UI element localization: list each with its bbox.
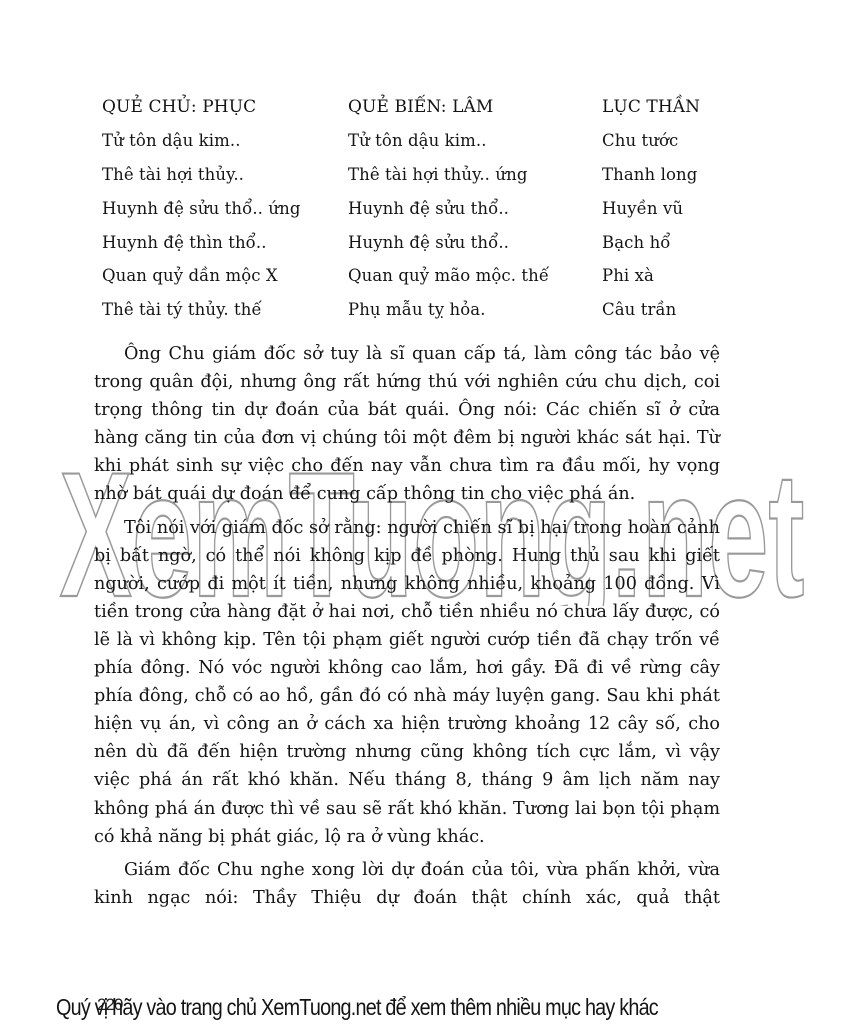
- header-six-spirits: LỤC THẦN: [602, 97, 722, 117]
- header-main-hexagram: QUẺ CHỦ: PHỤC: [102, 97, 348, 117]
- paragraph: Ông Chu giám đốc sở tuy là sĩ quan cấp t…: [94, 340, 720, 509]
- hexagram-row: Quan quỷ dần mộc X Quan quỷ mão mộc. thế…: [102, 259, 722, 293]
- changed-line: Huynh đệ sửu thổ..: [348, 233, 602, 252]
- changed-line: Huynh đệ sửu thổ..: [348, 199, 602, 218]
- main-line: Huynh đệ sửu thổ.. ứng: [102, 199, 348, 218]
- hexagram-table-header: QUẺ CHỦ: PHỤC QUẺ BIẾN: LÂM LỤC THẦN: [102, 90, 722, 124]
- spirit: Huyền vũ: [602, 199, 722, 218]
- book-page: QUẺ CHỦ: PHỤC QUẺ BIẾN: LÂM LỤC THẦN Tử …: [0, 0, 850, 1036]
- main-line: Huynh đệ thìn thổ..: [102, 233, 348, 252]
- spirit: Phi xà: [602, 266, 722, 285]
- main-line: Thê tài tý thủy. thế: [102, 300, 348, 319]
- changed-line: Thê tài hợi thủy.. ứng: [348, 165, 602, 184]
- paragraph: Tôi nói với giám đốc sở rằng: người chiế…: [94, 514, 720, 851]
- paragraph: Giám đốc Chu nghe xong lời dự đoán của t…: [94, 856, 720, 912]
- footer-site-note: Quý vị hãy vào trang chủ XemTuong.net để…: [56, 994, 692, 1021]
- main-line: Tử tôn dậu kim..: [102, 131, 348, 150]
- hexagram-table: QUẺ CHỦ: PHỤC QUẺ BIẾN: LÂM LỤC THẦN Tử …: [102, 90, 722, 327]
- spirit: Thanh long: [602, 165, 722, 184]
- changed-line: Quan quỷ mão mộc. thế: [348, 266, 602, 285]
- hexagram-row: Huynh đệ thìn thổ.. Huynh đệ sửu thổ.. B…: [102, 225, 722, 259]
- changed-line: Phụ mẫu tỵ hỏa.: [348, 300, 602, 319]
- main-line: Quan quỷ dần mộc X: [102, 266, 348, 285]
- hexagram-row: Tử tôn dậu kim.. Tử tôn dậu kim.. Chu tư…: [102, 124, 722, 158]
- changed-line: Tử tôn dậu kim..: [348, 131, 602, 150]
- spirit: Chu tước: [602, 131, 722, 150]
- main-line: Thê tài hợi thủy..: [102, 165, 348, 184]
- hexagram-row: Huynh đệ sửu thổ.. ứng Huynh đệ sửu thổ.…: [102, 191, 722, 225]
- spirit: Bạch hổ: [602, 233, 722, 252]
- hexagram-row: Thê tài hợi thủy.. Thê tài hợi thủy.. ứn…: [102, 158, 722, 192]
- body-text: Ông Chu giám đốc sở tuy là sĩ quan cấp t…: [94, 340, 720, 917]
- header-changed-hexagram: QUẺ BIẾN: LÂM: [348, 97, 602, 117]
- hexagram-row: Thê tài tý thủy. thế Phụ mẫu tỵ hỏa. Câu…: [102, 293, 722, 327]
- spirit: Câu trần: [602, 300, 722, 319]
